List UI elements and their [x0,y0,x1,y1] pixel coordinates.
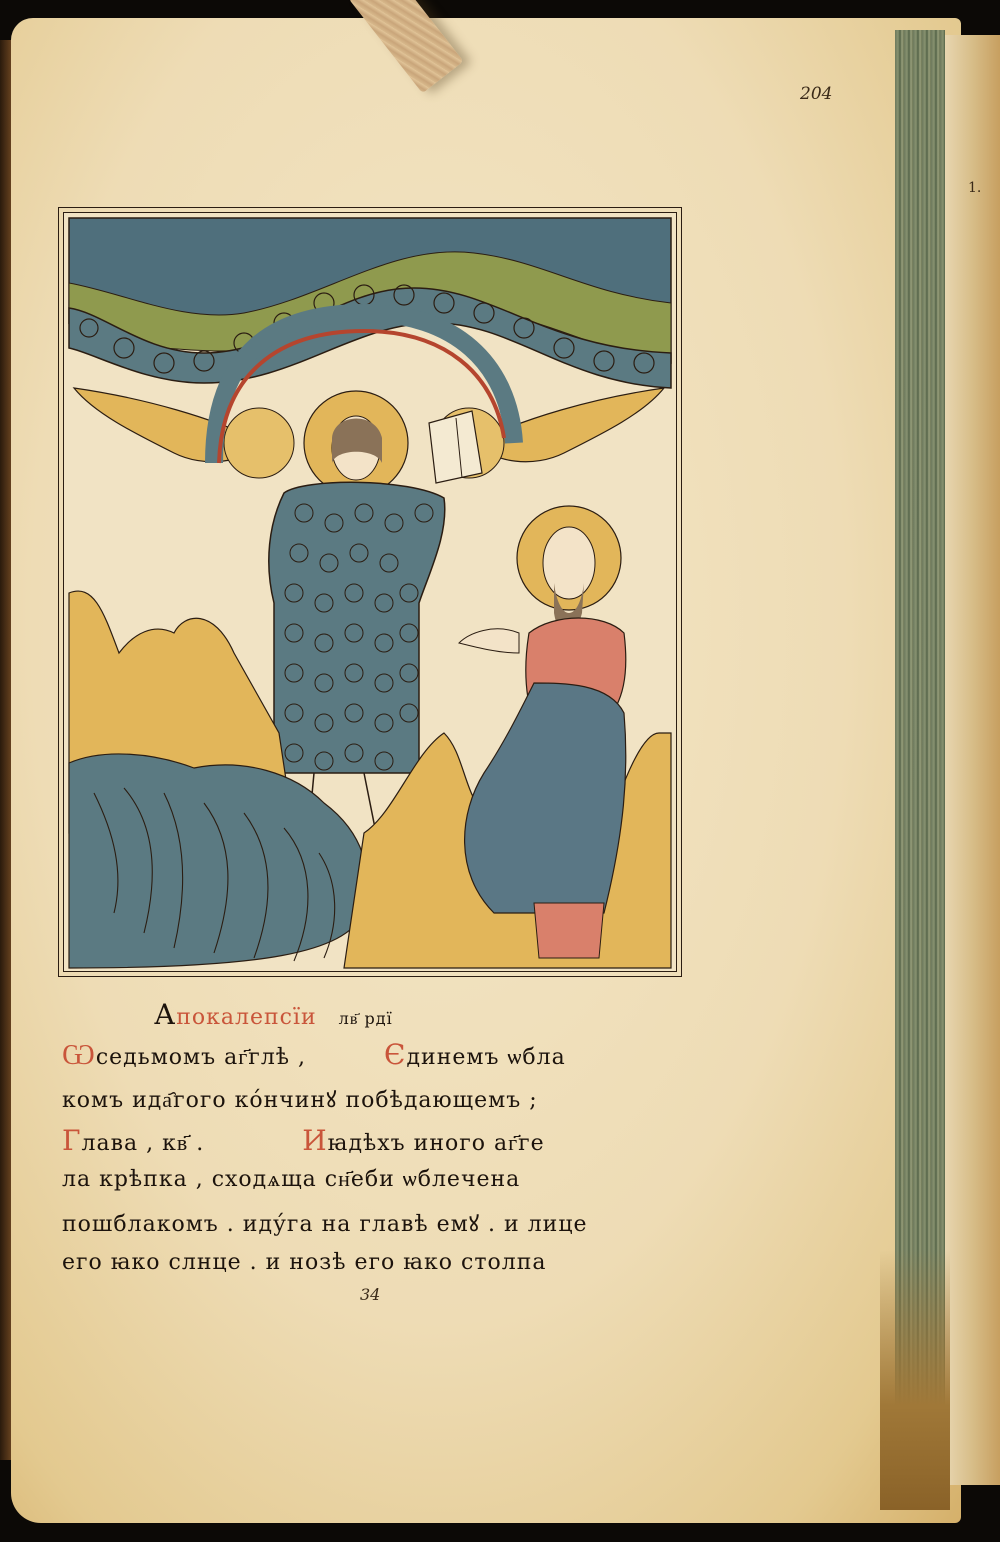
text-line-2: комъ ида҄гого ко́нчинꙋ побѣдающемъ ; [62,1084,538,1114]
title-tail: лв҃ рдї [339,1009,393,1028]
text-line-3: Глава , кв҃ . Иꙗдѣхъ иного аг҃ге [62,1124,545,1157]
apostle-hand [459,629,519,653]
wing-roundel-left [224,408,294,478]
line-1-text: седьмомъ аг҃глѣ , [96,1045,306,1070]
line-1-text-2: динемъ ѡбла [406,1045,565,1070]
title-initial: А [154,998,176,1031]
title-rubric: покалепсїи [176,1005,316,1030]
cloud-robe [269,482,445,773]
line-1-initial-2: Є [384,1038,406,1071]
text-line-5: пошблакомъ . иду́га на главѣ емꙋ . и лиц… [62,1208,588,1238]
book-right-block [945,35,1000,1485]
line-3-text-2: ꙗдѣхъ иного аг҃ге [328,1131,545,1156]
apostle-robe [465,683,626,913]
page-number: 34 [360,1285,380,1304]
apostle-face [543,527,595,599]
edge-mark: 1. [968,180,981,196]
apostle-tunic [534,903,604,958]
line-1-initial: Ѡ [62,1038,96,1071]
open-book [429,411,482,483]
folio-number: 204 [800,84,832,104]
line-3-text: лава , кв҃ . [82,1131,205,1156]
page-edge-stain [880,1250,950,1510]
sea-waves [69,754,368,968]
text-line-4: ла крѣпка , сходѧща сн҃еби ѡблечена [62,1166,520,1192]
miniature-drawing [64,213,676,971]
line-3-initial-2: И [302,1124,327,1157]
text-line-6: его ꙗко слнце . и нозѣ его ꙗко столпа [62,1250,547,1275]
line-3-initial: Г [62,1124,82,1157]
title-line: Апокалепсїи лв҃ рдї [154,998,393,1031]
text-line-1: Ѡседьмомъ аг҃глѣ , Єдинемъ ѡбла [62,1038,566,1072]
miniature-illustration [63,212,677,972]
